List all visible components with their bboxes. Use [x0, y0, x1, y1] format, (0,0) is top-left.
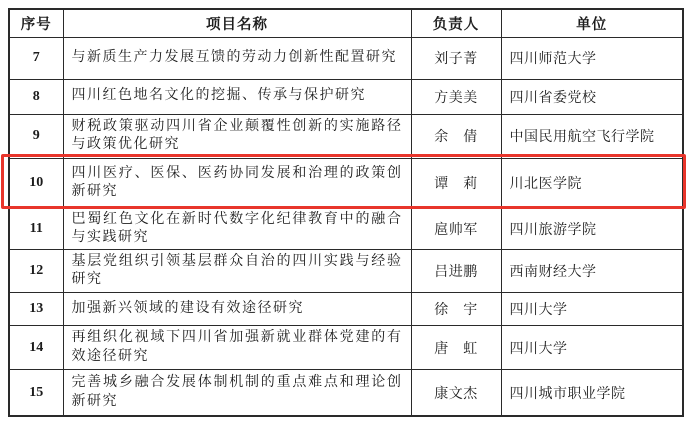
cell-unit: 四川旅游学院: [501, 208, 683, 250]
table-row: 7 与新质生产力发展互馈的劳动力创新性配置研究 刘子菁 四川师范大学: [9, 37, 683, 79]
cell-project: 加强新兴领域的建设有效途径研究: [63, 293, 411, 326]
cell-project: 再组织化视域下四川省加强新就业群体党建的有效途径研究: [63, 326, 411, 370]
cell-leader: 谭 莉: [411, 158, 501, 208]
table-row: 14 再组织化视域下四川省加强新就业群体党建的有效途径研究 唐 虹 四川大学: [9, 326, 683, 370]
cell-unit: 川北医学院: [501, 158, 683, 208]
cell-index: 14: [9, 326, 63, 370]
cell-index: 13: [9, 293, 63, 326]
cell-index: 11: [9, 208, 63, 250]
cell-unit: 四川大学: [501, 326, 683, 370]
cell-leader: 吕进鹏: [411, 250, 501, 293]
cell-unit: 四川师范大学: [501, 37, 683, 79]
col-header-project: 项目名称: [63, 9, 411, 37]
cell-index: 15: [9, 370, 63, 416]
header-row: 序号 项目名称 负责人 单位: [9, 9, 683, 37]
col-header-index: 序号: [9, 9, 63, 37]
cell-leader: 徐 宇: [411, 293, 501, 326]
document-page: 序号 项目名称 负责人 单位 7 与新质生产力发展互馈的劳动力创新性配置研究 刘…: [0, 0, 688, 422]
cell-project: 完善城乡融合发展体制机制的重点难点和理论创新研究: [63, 370, 411, 416]
cell-leader: 扈帅军: [411, 208, 501, 250]
cell-project: 财税政策驱动四川省企业颠覆性创新的实施路径与政策优化研究: [63, 114, 411, 158]
table-row: 9 财税政策驱动四川省企业颠覆性创新的实施路径与政策优化研究 余 倩 中国民用航…: [9, 114, 683, 158]
cell-index: 12: [9, 250, 63, 293]
cell-index: 9: [9, 114, 63, 158]
cell-project: 与新质生产力发展互馈的劳动力创新性配置研究: [63, 37, 411, 79]
cell-leader: 方美美: [411, 79, 501, 114]
table-row: 15 完善城乡融合发展体制机制的重点难点和理论创新研究 康文杰 四川城市职业学院: [9, 370, 683, 416]
table-row: 12 基层党组织引领基层群众自治的四川实践与经验研究 吕进鹏 西南财经大学: [9, 250, 683, 293]
table-row: 13 加强新兴领域的建设有效途径研究 徐 宇 四川大学: [9, 293, 683, 326]
cell-unit: 中国民用航空飞行学院: [501, 114, 683, 158]
table-row: 8 四川红色地名文化的挖掘、传承与保护研究 方美美 四川省委党校: [9, 79, 683, 114]
table-row-highlighted: 10 四川医疗、医保、医药协同发展和治理的政策创新研究 谭 莉 川北医学院: [9, 158, 683, 208]
table-row: 11 巴蜀红色文化在新时代数字化纪律教育中的融合与实践研究 扈帅军 四川旅游学院: [9, 208, 683, 250]
cell-unit: 四川大学: [501, 293, 683, 326]
project-table: 序号 项目名称 负责人 单位 7 与新质生产力发展互馈的劳动力创新性配置研究 刘…: [8, 8, 684, 417]
cell-index: 7: [9, 37, 63, 79]
cell-unit: 四川省委党校: [501, 79, 683, 114]
cell-project: 基层党组织引领基层群众自治的四川实践与经验研究: [63, 250, 411, 293]
col-header-leader: 负责人: [411, 9, 501, 37]
project-table-wrap: 序号 项目名称 负责人 单位 7 与新质生产力发展互馈的劳动力创新性配置研究 刘…: [8, 8, 684, 417]
cell-unit: 西南财经大学: [501, 250, 683, 293]
cell-leader: 康文杰: [411, 370, 501, 416]
cell-index: 8: [9, 79, 63, 114]
col-header-unit: 单位: [501, 9, 683, 37]
cell-project: 巴蜀红色文化在新时代数字化纪律教育中的融合与实践研究: [63, 208, 411, 250]
cell-project: 四川红色地名文化的挖掘、传承与保护研究: [63, 79, 411, 114]
cell-index: 10: [9, 158, 63, 208]
cell-unit: 四川城市职业学院: [501, 370, 683, 416]
cell-project: 四川医疗、医保、医药协同发展和治理的政策创新研究: [63, 158, 411, 208]
cell-leader: 余 倩: [411, 114, 501, 158]
cell-leader: 唐 虹: [411, 326, 501, 370]
cell-leader: 刘子菁: [411, 37, 501, 79]
